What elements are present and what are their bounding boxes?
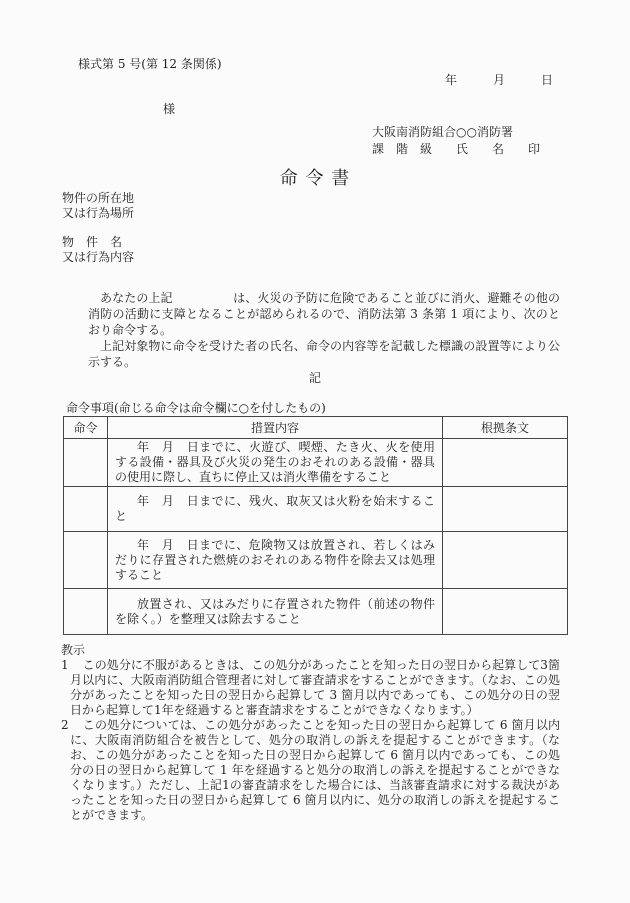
order-table-row: 放置され、又はみだりに存置された物件（前述の物件を除く。）を整理又は除去すること bbox=[64, 589, 568, 635]
body-paragraph-1: あなたの上記 は、火災の予防に危険であること並びに消火、避難その他の消防の活動に… bbox=[88, 290, 560, 338]
issuer-block: 大阪南消防組合○○消防署 課 階 級 氏 名 印 bbox=[372, 124, 630, 158]
order-items-table: 命令 措置内容 根拠条文 年 月 日までに、火遊び、喫煙、たき火、火を使用する設… bbox=[63, 416, 568, 635]
measure-content-cell: 年 月 日までに、危険物又は放置され、若しくはみだりに存置された燃焼のおそれのあ… bbox=[108, 532, 443, 589]
body-paragraph-2: 上記対象物に命令を受けた者の氏名、命令の内容等を記載した標識の設置等により公示す… bbox=[88, 338, 560, 370]
instruction-number-2: 2 bbox=[61, 718, 83, 732]
property-location-label-line1: 物件の所在地 bbox=[62, 191, 630, 206]
instruction-text-2: この処分については、この処分があったことを知った日の翌日から起算して 6 箇月以… bbox=[70, 718, 560, 822]
document-title: 命 令 書 bbox=[0, 167, 630, 191]
instruction-item-1: 1この処分に不服があるときは、この処分があったことを知った日の翌日から起算して3… bbox=[70, 658, 560, 718]
order-mark-cell bbox=[64, 487, 108, 532]
body-text: あなたの上記 は、火災の予防に危険であること並びに消火、避難その他の消防の活動に… bbox=[88, 290, 560, 370]
addressee-honorific: 様 bbox=[163, 101, 630, 117]
property-name-label-line2: 又は行為内容 bbox=[62, 250, 630, 265]
legal-basis-cell bbox=[443, 589, 568, 635]
column-header-order: 命令 bbox=[64, 417, 108, 439]
instructions-heading: 教示 bbox=[61, 643, 630, 658]
measure-content-cell: 放置され、又はみだりに存置された物件（前述の物件を除く。）を整理又は除去すること bbox=[108, 589, 443, 635]
issuer-signature-line: 課 階 級 氏 名 印 bbox=[372, 141, 630, 158]
legal-basis-cell bbox=[443, 532, 568, 589]
property-location-label: 物件の所在地 又は行為場所 bbox=[62, 191, 630, 221]
order-mark-cell bbox=[64, 589, 108, 635]
property-name-label: 物 件 名 又は行為内容 bbox=[62, 235, 630, 265]
form-number: 様式第 5 号(第 12 条関係) bbox=[78, 56, 630, 72]
legal-basis-cell bbox=[443, 439, 568, 487]
legal-basis-cell bbox=[443, 487, 568, 532]
table-header-row: 命令 措置内容 根拠条文 bbox=[64, 417, 568, 439]
property-location-label-line2: 又は行為場所 bbox=[62, 206, 630, 221]
order-table-row: 年 月 日までに、危険物又は放置され、若しくはみだりに存置された燃焼のおそれのあ… bbox=[64, 532, 568, 589]
order-table-row: 年 月 日までに、残火、取灰又は火粉を始末すること bbox=[64, 487, 568, 532]
issuer-organization: 大阪南消防組合○○消防署 bbox=[372, 124, 630, 141]
table-caption: 命令事項(命じる命令は命令欄に○を付したもの) bbox=[66, 400, 630, 416]
date-line: 年 月 日 bbox=[0, 72, 553, 88]
record-marker: 記 bbox=[0, 370, 630, 386]
order-document-page: 様式第 5 号(第 12 条関係) 年 月 日 様 大阪南消防組合○○消防署 課… bbox=[0, 0, 630, 903]
property-name-label-line1: 物 件 名 bbox=[62, 235, 630, 250]
column-header-measure: 措置内容 bbox=[108, 417, 443, 439]
instruction-item-2: 2この処分については、この処分があったことを知った日の翌日から起算して 6 箇月… bbox=[70, 718, 560, 823]
column-header-legal-basis: 根拠条文 bbox=[443, 417, 568, 439]
instruction-text-1: この処分に不服があるときは、この処分があったことを知った日の翌日から起算して3箇… bbox=[70, 658, 560, 717]
order-mark-cell bbox=[64, 439, 108, 487]
order-mark-cell bbox=[64, 532, 108, 589]
instruction-number-1: 1 bbox=[61, 658, 83, 672]
instructions-section: 教示 1この処分に不服があるときは、この処分があったことを知った日の翌日から起算… bbox=[0, 643, 630, 823]
order-table-row: 年 月 日までに、火遊び、喫煙、たき火、火を使用する設備・器具及び火災の発生のお… bbox=[64, 439, 568, 487]
measure-content-cell: 年 月 日までに、残火、取灰又は火粉を始末すること bbox=[108, 487, 443, 532]
measure-content-cell: 年 月 日までに、火遊び、喫煙、たき火、火を使用する設備・器具及び火災の発生のお… bbox=[108, 439, 443, 487]
